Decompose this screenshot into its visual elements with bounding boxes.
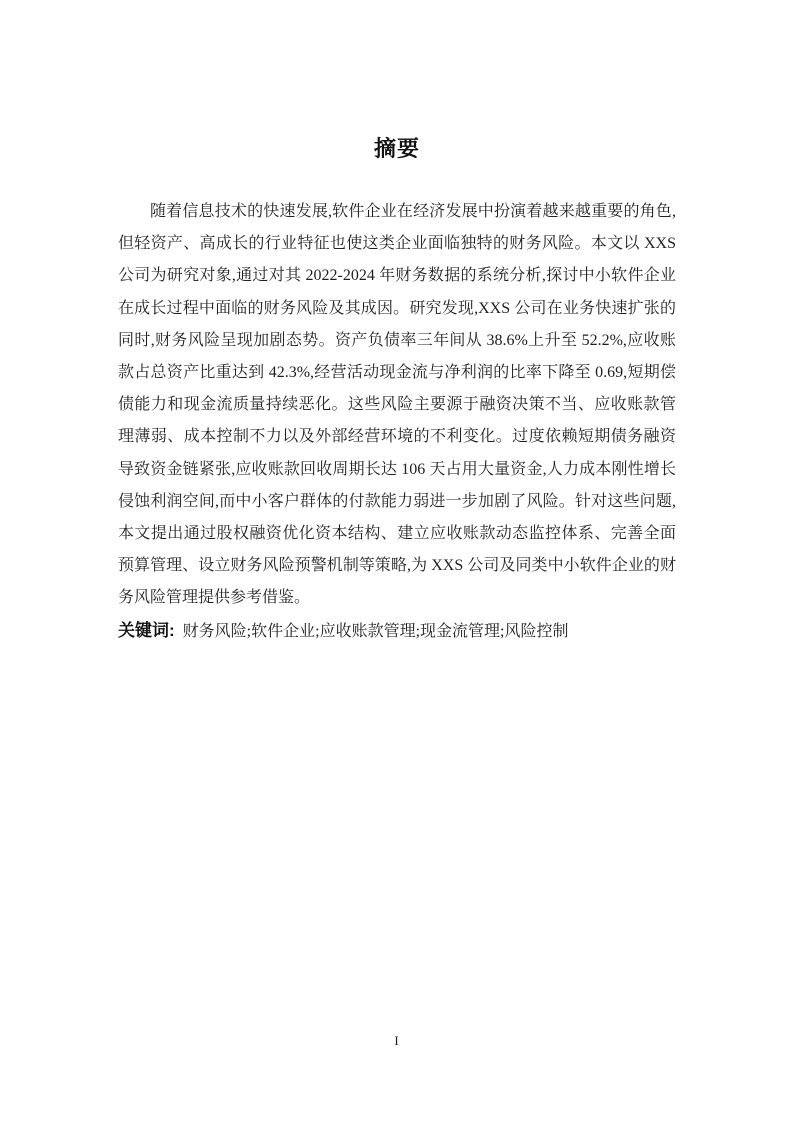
page-title: 摘要 — [118, 136, 676, 162]
keywords-value: 财务风险;软件企业;应收账款管理;现金流管理;风险控制 — [183, 623, 569, 640]
keywords-label: 关键词: — [118, 621, 175, 640]
document-page: 摘要 随着信息技术的快速发展,软件企业在经济发展中扮演着越来越重要的角色,但轻资… — [0, 0, 793, 1122]
page-content: 摘要 随着信息技术的快速发展,软件企业在经济发展中扮演着越来越重要的角色,但轻资… — [118, 136, 676, 648]
abstract-paragraph: 随着信息技术的快速发展,软件企业在经济发展中扮演着越来越重要的角色,但轻资产、高… — [118, 196, 676, 615]
page-number: I — [0, 1033, 793, 1049]
keywords-line: 关键词:财务风险;软件企业;应收账款管理;现金流管理;风险控制 — [118, 615, 676, 648]
